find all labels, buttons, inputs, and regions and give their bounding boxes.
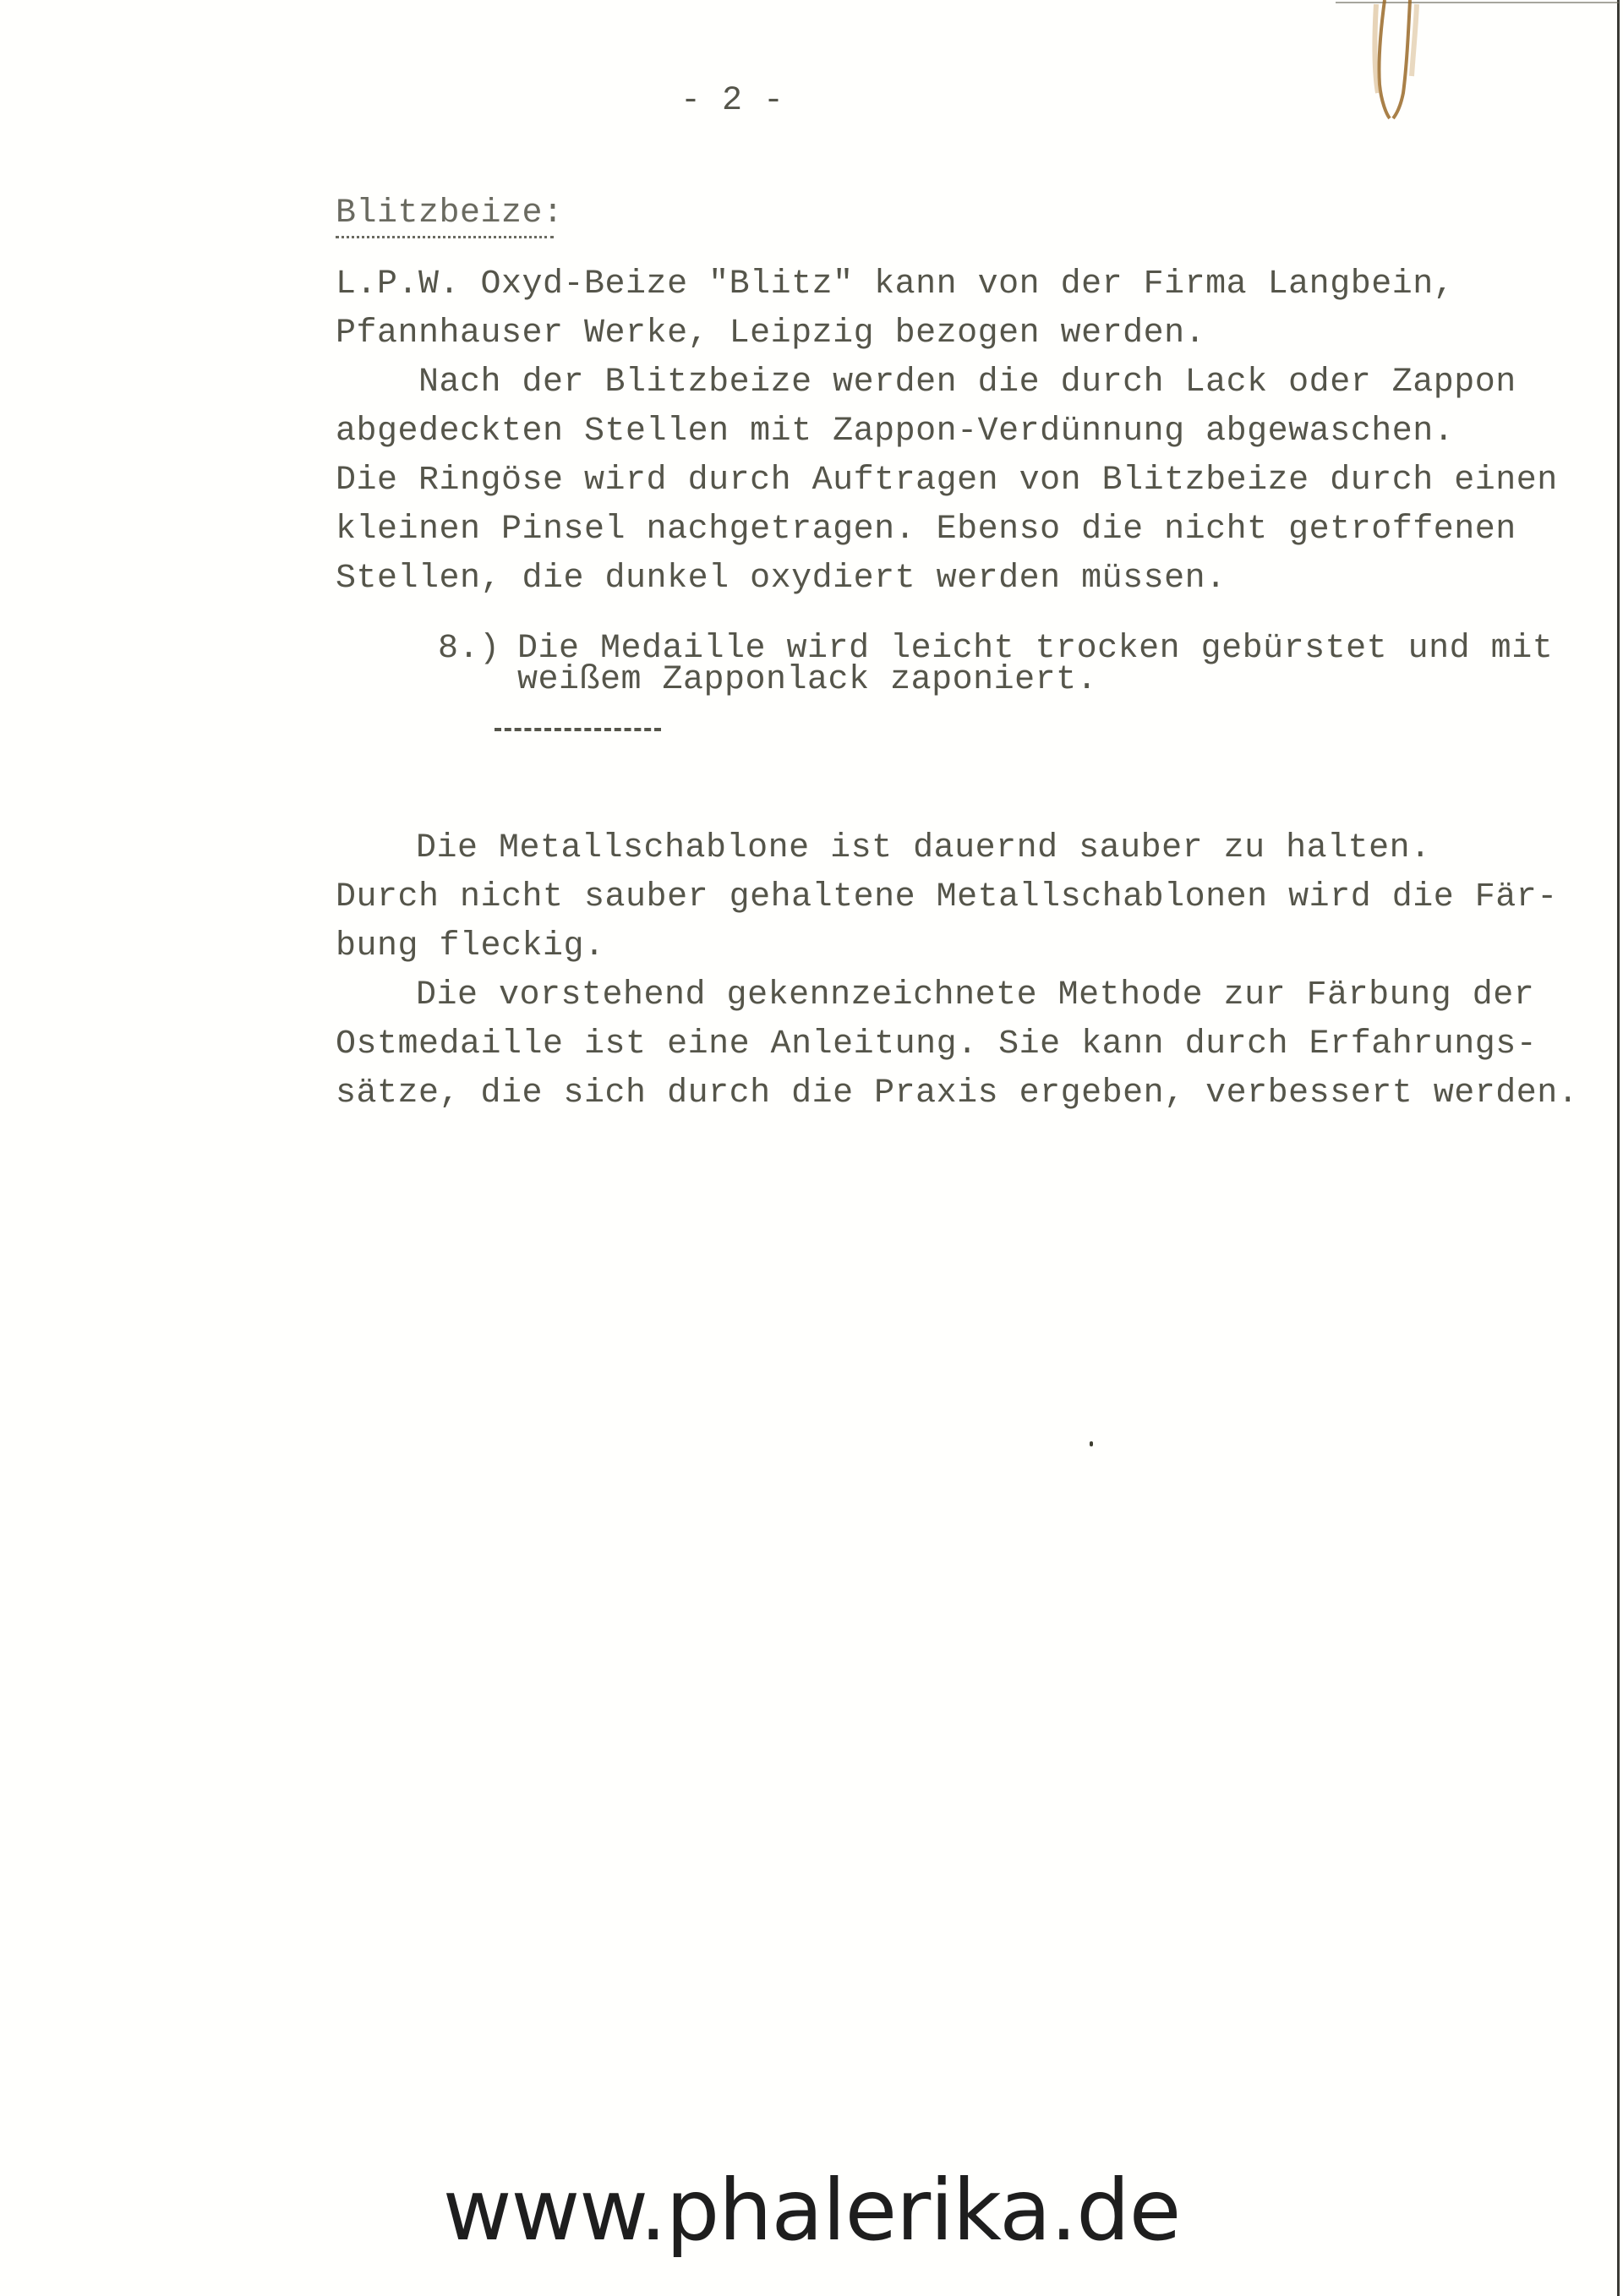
- heading-underline: [336, 236, 554, 242]
- text-line: Die vorstehend gekennzeichnete Methode z…: [416, 979, 1534, 1013]
- text-line: abgedeckten Stellen mit Zappon-Verdünnun…: [336, 415, 1454, 449]
- text-line: Die Metallschablone ist dauernd sauber z…: [416, 832, 1431, 866]
- text-line: L.P.W. Oxyd-Beize "Blitz" kann von der F…: [336, 268, 1454, 302]
- text-line: sätze, die sich durch die Praxis ergeben…: [336, 1077, 1578, 1111]
- page-number: - 2 -: [680, 85, 784, 118]
- text-line: Pfannhauser Werke, Leipzig bezogen werde…: [336, 317, 1205, 351]
- text-line: Nach der Blitzbeize werden die durch Lac…: [336, 366, 1516, 400]
- watermark-url: www.phalerika.de: [0, 2164, 1623, 2257]
- text-line: Durch nicht sauber gehaltene Metallschab…: [336, 881, 1558, 915]
- text-line: Ostmedaille ist eine Anleitung. Sie kann…: [336, 1028, 1537, 1062]
- step-text-line: weißem Zapponlack zaponiert.: [517, 664, 1097, 697]
- text-line: kleinen Pinsel nachgetragen. Ebenso die …: [336, 513, 1516, 547]
- document-page: - 2 - Blitzbeize: L.P.W. Oxyd-Beize "Bli…: [0, 0, 1623, 2296]
- section-heading: Blitzbeize:: [336, 197, 564, 231]
- text-line: Die Ringöse wird durch Auftragen von Bli…: [336, 464, 1558, 498]
- section-separator: [495, 728, 661, 734]
- ink-speck: [1090, 1441, 1093, 1446]
- page-edge-right: [1617, 0, 1620, 2296]
- step-number: 8.): [438, 632, 500, 666]
- text-line: bung fleckig.: [336, 930, 605, 964]
- staple-stain-icon: [1369, 0, 1437, 123]
- text-line: Stellen, die dunkel oxydiert werden müss…: [336, 562, 1227, 596]
